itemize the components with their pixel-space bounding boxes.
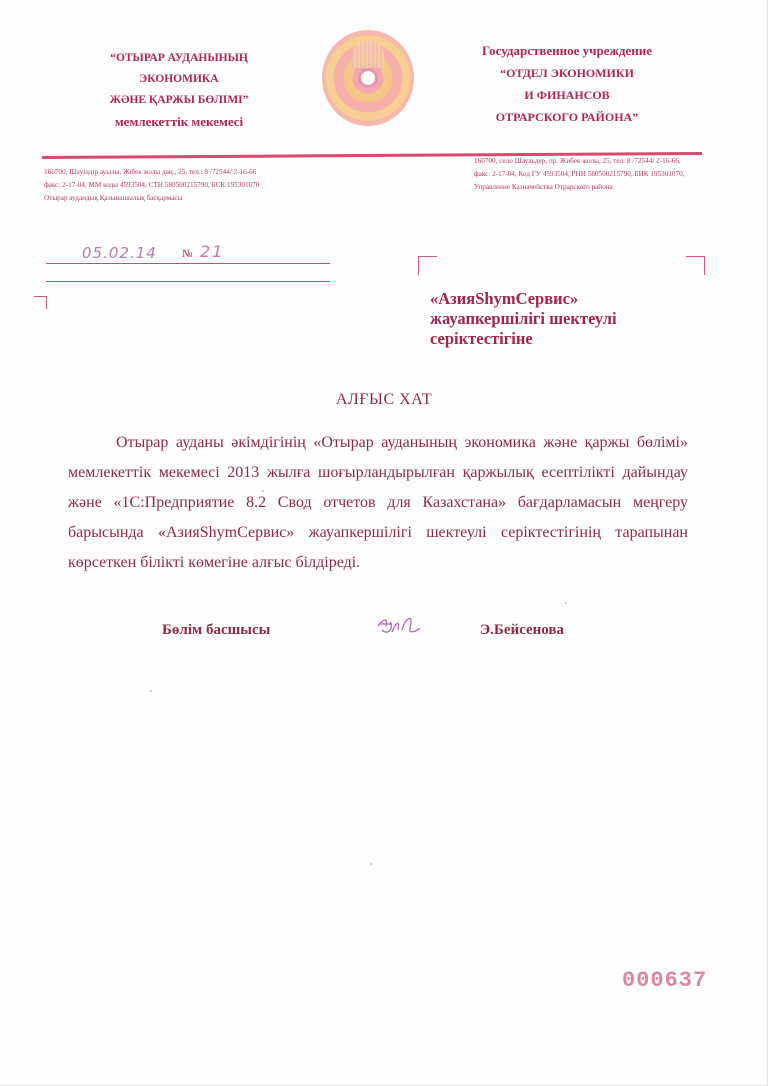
address-ru-line1: 160700, село Шаульдер, пр. Жибек жолы, 2… (474, 155, 724, 168)
address-ru-line3: Управление Казначейства Отрарского район… (474, 181, 724, 194)
org-name-ru-line3: И ФИНАНСОВ (462, 84, 672, 106)
recipient-line1: «АзияShymСервис» (430, 289, 617, 309)
org-name-kz-line2: ЭКОНОМИКА (84, 69, 274, 90)
scan-speck (262, 490, 264, 492)
scan-speck (370, 863, 372, 865)
signatory-name: Э.Бейсенова (480, 622, 564, 639)
address-kz: 160700, Шәуілдір ауылы, Жібек жолы даң.,… (44, 166, 314, 205)
org-name-ru-line2: “ОТДЕЛ ЭКОНОМИКИ (462, 62, 672, 84)
handwritten-signature-icon (374, 612, 424, 640)
letter-body: Отырар ауданы әкімдігінің «Отырар ауданы… (68, 428, 688, 578)
emblem-rays (352, 40, 384, 68)
letter-title: АЛҒЫС ХАТ (0, 391, 768, 409)
org-name-kz-line1: “ОТЫРАР АУДАНЫНЫҢ (84, 48, 274, 69)
address-ru-line2: факс: 2-17-04, Код ГУ 4593504, РНН 58050… (474, 168, 724, 181)
org-name-ru-line1: Государственное учреждение (462, 40, 672, 62)
recipient-line2: жауапкершілігі шектеулі (430, 309, 617, 329)
address-kz-line1: 160700, Шәуілдір ауылы, Жібек жолы даң.,… (44, 166, 314, 179)
serial-number: 000637 (622, 968, 707, 993)
letterhead-left-org: “ОТЫРАР АУДАНЫНЫҢ ЭКОНОМИКА ЖӘНЕ ҚАРЖЫ Б… (84, 48, 274, 132)
address-corner-left (418, 256, 437, 275)
scan-speck (150, 690, 152, 692)
number-label: № (182, 248, 193, 260)
outgoing-number: 21 (200, 242, 224, 261)
address-kz-line2: факс: 2-17-04, ММ коды 4593504, СТН 5805… (44, 179, 314, 192)
letterhead-right-org: Государственное учреждение “ОТДЕЛ ЭКОНОМ… (462, 40, 672, 128)
org-name-ru-line4: ОТРАРСКОГО РАЙОНА” (462, 106, 672, 128)
emblem-shanyrak (358, 68, 378, 88)
org-name-kz-line4: мемлекеттік мекемесі (84, 111, 274, 132)
state-emblem-icon (322, 30, 414, 126)
address-ru: 160700, село Шаульдер, пр. Жибек жолы, 2… (474, 155, 724, 194)
margin-corner-mark (34, 296, 47, 309)
address-corner-right (686, 256, 705, 275)
address-kz-line3: Отырар аудандық Қазынашылық басқармасы (44, 192, 314, 205)
org-name-kz-line3: ЖӘНЕ ҚАРЖЫ БӨЛІМІ” (84, 90, 274, 111)
reference-line-2 (46, 281, 330, 282)
recipient-line3: серіктестігіне (430, 329, 617, 349)
recipient-block: «АзияShymСервис» жауапкершілігі шектеулі… (430, 289, 617, 349)
signatory-position: Бөлім басшысы (162, 622, 270, 639)
outgoing-date: 05.02.14 (82, 244, 157, 262)
scan-speck (565, 602, 567, 604)
reference-line-1 (46, 263, 330, 264)
